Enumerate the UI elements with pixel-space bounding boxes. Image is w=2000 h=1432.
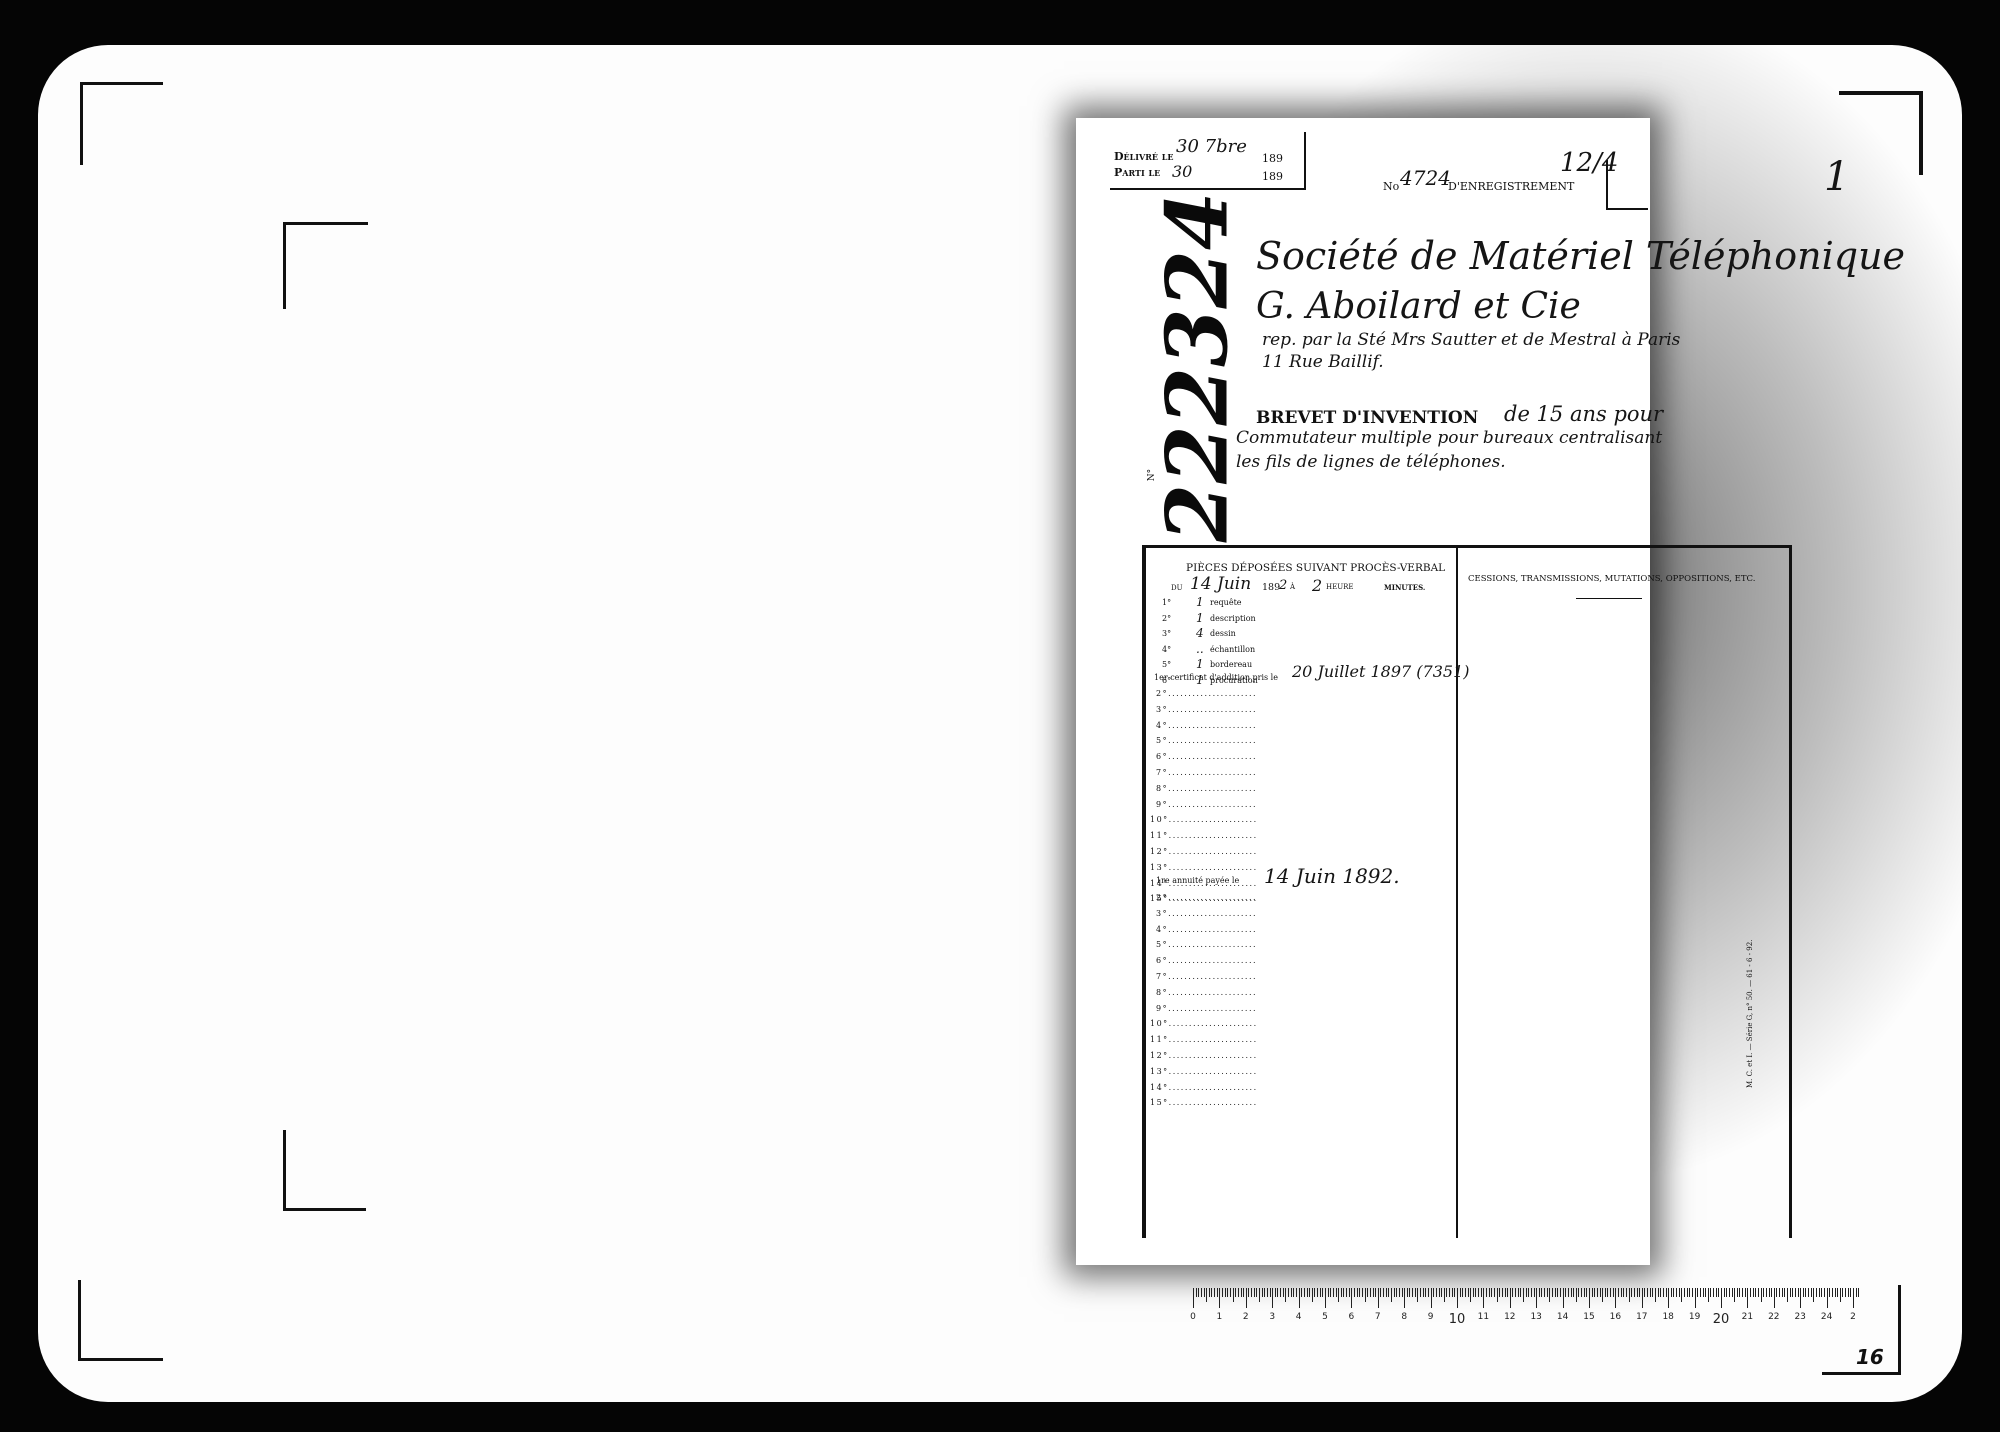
ruler-tick xyxy=(1322,1288,1323,1297)
ruler-tick xyxy=(1481,1288,1482,1297)
ruler-tick xyxy=(1367,1288,1368,1297)
cessions-title: CESSIONS, TRANSMISSIONS, MUTATIONS, OPPO… xyxy=(1468,574,1755,584)
ruler-tick xyxy=(1536,1288,1537,1308)
ruler-tick xyxy=(1336,1288,1337,1297)
ruler-tick xyxy=(1658,1288,1659,1297)
ruler-tick xyxy=(1280,1288,1281,1297)
patent-number: 222324 xyxy=(1142,222,1252,512)
ruler-tick xyxy=(1423,1288,1424,1297)
dotted-row: 5°...................... xyxy=(1156,736,1257,745)
ruler-label: 21 xyxy=(1742,1312,1753,1322)
ruler-tick xyxy=(1634,1288,1635,1297)
ruler-tick xyxy=(1721,1288,1722,1308)
dotted-row: 4°...................... xyxy=(1156,925,1257,934)
ruler-tick xyxy=(1243,1288,1244,1297)
ruler-tick xyxy=(1256,1288,1257,1297)
ruler-label: 1 xyxy=(1217,1312,1223,1322)
ruler-tick xyxy=(1309,1288,1310,1297)
ruler-tick xyxy=(1248,1288,1249,1297)
pieces-title: PIÈCES DÉPOSÉES SUIVANT PROCÈS-VERBAL xyxy=(1186,562,1445,574)
ruler-tick xyxy=(1349,1288,1350,1297)
piece-count: .. xyxy=(1196,642,1204,656)
ruler-tick xyxy=(1549,1288,1550,1302)
ruler-tick xyxy=(1343,1288,1344,1297)
piece-label: requête xyxy=(1210,598,1242,607)
ruler-tick xyxy=(1592,1288,1593,1297)
ruler-tick xyxy=(1330,1288,1331,1297)
ruler-tick xyxy=(1602,1288,1603,1302)
ruler-tick xyxy=(1499,1288,1500,1297)
ruler-tick xyxy=(1782,1288,1783,1297)
holder-line-1: Société de Matériel Téléphonique xyxy=(1256,234,1905,278)
crop-mark-top-right xyxy=(1839,91,1923,175)
piece-label: bordereau xyxy=(1210,660,1252,669)
ruler-tick xyxy=(1386,1288,1387,1297)
ruler-tick xyxy=(1555,1288,1556,1297)
piece-label: dessin xyxy=(1210,629,1236,638)
ruler-tick xyxy=(1605,1288,1606,1297)
ruler-tick xyxy=(1805,1288,1806,1297)
ruler-tick xyxy=(1520,1288,1521,1297)
holder-line-2: G. Aboilard et Cie xyxy=(1256,286,1581,327)
ruler-tick xyxy=(1219,1288,1220,1308)
ruler-tick xyxy=(1837,1288,1838,1297)
dotted-row: 2°...................... xyxy=(1156,893,1257,902)
numero-prefix: No xyxy=(1383,180,1399,193)
ruler-label: 11 xyxy=(1478,1312,1489,1322)
ruler-tick xyxy=(1848,1288,1849,1297)
ruler-tick xyxy=(1600,1288,1601,1297)
holder-line-3: rep. par la Sté Mrs Sautter et de Mestra… xyxy=(1262,330,1680,350)
ruler-tick xyxy=(1827,1288,1828,1308)
ruler-tick xyxy=(1314,1288,1315,1297)
ruler-tick xyxy=(1541,1288,1542,1297)
ruler-tick xyxy=(1272,1288,1273,1308)
ruler-tick xyxy=(1267,1288,1268,1297)
brevet-line-1: de 15 ans pour xyxy=(1504,402,1663,426)
ruler-tick xyxy=(1214,1288,1215,1297)
ruler-label: 18 xyxy=(1662,1312,1673,1322)
ruler-tick xyxy=(1433,1288,1434,1297)
ruler-tick xyxy=(1262,1288,1263,1297)
crop-mark-bottom-left-inner xyxy=(283,1130,366,1211)
ruler-tick xyxy=(1201,1288,1202,1297)
ruler-tick xyxy=(1676,1288,1677,1297)
ruler-tick xyxy=(1402,1288,1403,1297)
ruler-tick xyxy=(1238,1288,1239,1297)
ruler-tick xyxy=(1436,1288,1437,1297)
ruler-tick xyxy=(1365,1288,1366,1302)
ruler-tick xyxy=(1618,1288,1619,1297)
ruler-tick xyxy=(1299,1288,1300,1308)
ruler-tick xyxy=(1283,1288,1284,1297)
brevet-line-3: les fils de lignes de téléphones. xyxy=(1236,452,1506,472)
ruler-tick xyxy=(1586,1288,1587,1297)
ruler-tick xyxy=(1259,1288,1260,1302)
ruler-tick xyxy=(1663,1288,1664,1297)
ruler-tick xyxy=(1396,1288,1397,1297)
ruler-tick xyxy=(1230,1288,1231,1297)
ruler-tick xyxy=(1853,1288,1854,1308)
ruler-tick xyxy=(1597,1288,1598,1297)
ruler-tick xyxy=(1629,1288,1630,1302)
ruler-tick xyxy=(1745,1288,1746,1297)
ruler-tick xyxy=(1790,1288,1791,1297)
ruler-tick xyxy=(1811,1288,1812,1297)
ruler-tick xyxy=(1779,1288,1780,1297)
ruler-tick xyxy=(1808,1288,1809,1297)
ruler-label: 13 xyxy=(1530,1312,1541,1322)
ruler-tick xyxy=(1394,1288,1395,1297)
ruler-tick xyxy=(1251,1288,1252,1297)
ruler-tick xyxy=(1742,1288,1743,1297)
ruler-tick xyxy=(1766,1288,1767,1297)
ruler-tick xyxy=(1607,1288,1608,1297)
ruler-tick xyxy=(1584,1288,1585,1297)
ruler-tick xyxy=(1468,1288,1469,1297)
ruler-tick xyxy=(1842,1288,1843,1297)
ruler-tick xyxy=(1737,1288,1738,1297)
ruler-tick xyxy=(1307,1288,1308,1297)
brevet-title: BREVET D'INVENTION xyxy=(1256,408,1478,428)
ruler-tick xyxy=(1198,1288,1199,1297)
ruler-tick xyxy=(1734,1288,1735,1302)
ruler-tick xyxy=(1457,1288,1458,1308)
ruler-tick xyxy=(1515,1288,1516,1297)
dotted-row: 13°...................... xyxy=(1150,1067,1258,1076)
ruler-label: 17 xyxy=(1636,1312,1647,1322)
piece-count: 4 xyxy=(1196,626,1204,640)
ruler-tick xyxy=(1626,1288,1627,1297)
ruler-tick xyxy=(1404,1288,1405,1308)
ruler-tick xyxy=(1681,1288,1682,1302)
ruler-tick xyxy=(1716,1288,1717,1297)
parti-year: 189 xyxy=(1262,170,1283,183)
ruler-label: 15 xyxy=(1583,1312,1594,1322)
pieces-du-label: DU xyxy=(1171,584,1183,592)
crop-mark-top-left-inner xyxy=(283,222,368,309)
ruler-tick xyxy=(1816,1288,1817,1297)
cessions-underline xyxy=(1576,598,1642,599)
ruler-label: 10 xyxy=(1449,1312,1466,1327)
dotted-row: 4°...................... xyxy=(1156,721,1257,730)
ruler-label: 2 xyxy=(1243,1312,1249,1322)
delivre-year: 189 xyxy=(1262,152,1283,165)
ruler-tick xyxy=(1589,1288,1590,1308)
ruler-tick xyxy=(1491,1288,1492,1297)
dotted-row: 3°...................... xyxy=(1156,909,1257,918)
ruler-tick xyxy=(1362,1288,1363,1297)
ruler-tick xyxy=(1246,1288,1247,1308)
sheet-number-box xyxy=(1606,160,1648,210)
ruler-tick xyxy=(1668,1288,1669,1308)
ruler-tick xyxy=(1526,1288,1527,1297)
ruler-tick xyxy=(1373,1288,1374,1297)
frame-number: 16 xyxy=(1856,1345,1884,1369)
ruler-tick xyxy=(1571,1288,1572,1297)
ruler-tick xyxy=(1776,1288,1777,1297)
ruler-tick xyxy=(1700,1288,1701,1297)
ruler-tick xyxy=(1264,1288,1265,1297)
ruler-tick xyxy=(1697,1288,1698,1297)
ruler-tick xyxy=(1819,1288,1820,1297)
ruler-tick xyxy=(1277,1288,1278,1297)
ruler-tick xyxy=(1341,1288,1342,1297)
ruler-tick xyxy=(1354,1288,1355,1297)
ruler-tick xyxy=(1241,1288,1242,1297)
certificat-first-label: 1er certificat d'addition pris le xyxy=(1154,673,1278,682)
ruler-tick xyxy=(1578,1288,1579,1297)
dotted-row: 10°...................... xyxy=(1150,815,1258,824)
crop-mark-top-left-outer xyxy=(80,82,163,165)
ruler-tick xyxy=(1798,1288,1799,1297)
dotted-row: 7°...................... xyxy=(1156,972,1257,981)
ruler-tick xyxy=(1724,1288,1725,1297)
ruler-label: 14 xyxy=(1557,1312,1568,1322)
ruler-tick xyxy=(1647,1288,1648,1297)
delivre-label: Délivré le xyxy=(1114,150,1174,163)
ruler-tick xyxy=(1710,1288,1711,1297)
ruler-tick xyxy=(1573,1288,1574,1297)
ruler-tick xyxy=(1615,1288,1616,1308)
ruler-label: 24 xyxy=(1821,1312,1832,1322)
dotted-row: 11°...................... xyxy=(1150,1035,1258,1044)
ruler-tick xyxy=(1840,1288,1841,1302)
dotted-row: 12°...................... xyxy=(1150,1051,1258,1060)
ruler-tick xyxy=(1225,1288,1226,1297)
ruler-tick xyxy=(1581,1288,1582,1297)
patent-number-value: 222324 xyxy=(1148,192,1247,543)
ruler-tick xyxy=(1642,1288,1643,1308)
pieces-heure-value: 2 xyxy=(1312,576,1322,595)
ruler-tick xyxy=(1758,1288,1759,1297)
ruler-tick xyxy=(1613,1288,1614,1297)
pieces-year-label: 189 xyxy=(1262,582,1280,593)
ruler-tick xyxy=(1750,1288,1751,1297)
ruler-label: 2 xyxy=(1850,1312,1856,1322)
imprint-text: M. C. et I. — Série G, n° 50. — 61 - 6 -… xyxy=(1746,940,1754,1088)
ruler-tick xyxy=(1637,1288,1638,1297)
ruler-tick xyxy=(1465,1288,1466,1297)
ruler-tick xyxy=(1684,1288,1685,1297)
dotted-row: 5°...................... xyxy=(1156,940,1257,949)
piece-number: 3° xyxy=(1162,629,1171,638)
ruler-tick xyxy=(1687,1288,1688,1297)
ruler-tick xyxy=(1644,1288,1645,1297)
ruler-tick xyxy=(1560,1288,1561,1297)
ruler-tick xyxy=(1254,1288,1255,1297)
ruler-tick xyxy=(1204,1288,1205,1297)
annuite-first-label: 1re annuité payée le xyxy=(1156,876,1239,885)
ruler-tick xyxy=(1420,1288,1421,1297)
ruler-tick xyxy=(1594,1288,1595,1297)
ruler-tick xyxy=(1275,1288,1276,1297)
dotted-row: 7°...................... xyxy=(1156,768,1257,777)
ruler-tick xyxy=(1708,1288,1709,1302)
ruler-tick xyxy=(1769,1288,1770,1297)
ruler-tick xyxy=(1304,1288,1305,1297)
ruler-tick xyxy=(1293,1288,1294,1297)
dotted-row: 10°...................... xyxy=(1150,1019,1258,1028)
ruler-tick xyxy=(1288,1288,1289,1297)
ruler-tick xyxy=(1850,1288,1851,1297)
ruler-tick xyxy=(1388,1288,1389,1297)
ruler-tick xyxy=(1439,1288,1440,1297)
ruler-tick xyxy=(1718,1288,1719,1297)
ruler-label: 9 xyxy=(1428,1312,1434,1322)
dotted-row: 11°...................... xyxy=(1150,831,1258,840)
ruler-tick xyxy=(1301,1288,1302,1297)
ruler-tick xyxy=(1858,1288,1859,1297)
ruler-tick xyxy=(1378,1288,1379,1308)
column-divider xyxy=(1456,548,1458,1238)
ruler-tick xyxy=(1739,1288,1740,1297)
piece-count: 1 xyxy=(1196,657,1204,671)
ruler-tick xyxy=(1565,1288,1566,1297)
ruler-tick xyxy=(1655,1288,1656,1302)
ruler-tick xyxy=(1380,1288,1381,1297)
ruler-tick xyxy=(1209,1288,1210,1297)
ruler-tick xyxy=(1652,1288,1653,1297)
ruler-tick xyxy=(1211,1288,1212,1297)
ruler-tick xyxy=(1383,1288,1384,1297)
annuite-first-value: 14 Juin 1892. xyxy=(1264,864,1400,888)
ruler-tick xyxy=(1835,1288,1836,1297)
numero-value: 4724 xyxy=(1400,166,1451,190)
dotted-row: 9°...................... xyxy=(1156,1004,1257,1013)
ruler-tick xyxy=(1346,1288,1347,1297)
ruler-tick xyxy=(1568,1288,1569,1297)
ruler-tick xyxy=(1444,1288,1445,1302)
ruler-tick xyxy=(1222,1288,1223,1297)
ruler-tick xyxy=(1705,1288,1706,1297)
piece-label: description xyxy=(1210,614,1256,623)
ruler-tick xyxy=(1431,1288,1432,1308)
sheet-number: 1 xyxy=(1824,154,1849,200)
ruler-tick xyxy=(1415,1288,1416,1297)
ruler-tick xyxy=(1412,1288,1413,1297)
ruler-tick xyxy=(1679,1288,1680,1297)
ruler-tick xyxy=(1755,1288,1756,1297)
ruler-tick xyxy=(1441,1288,1442,1297)
pieces-du-value: 14 Juin xyxy=(1190,574,1251,594)
ruler-tick xyxy=(1821,1288,1822,1297)
ruler-tick xyxy=(1462,1288,1463,1297)
ruler-tick xyxy=(1312,1288,1313,1302)
ruler-tick xyxy=(1446,1288,1447,1297)
piece-label: échantillon xyxy=(1210,645,1255,654)
ruler-tick xyxy=(1650,1288,1651,1297)
ruler-tick xyxy=(1452,1288,1453,1297)
ruler-label: 16 xyxy=(1610,1312,1621,1322)
ruler-tick xyxy=(1531,1288,1532,1297)
dotted-row: 14°...................... xyxy=(1150,1083,1258,1092)
ruler-tick xyxy=(1523,1288,1524,1302)
register-form: PIÈCES DÉPOSÉES SUIVANT PROCÈS-VERBAL DU… xyxy=(1142,545,1792,1238)
dotted-row: 12°...................... xyxy=(1150,847,1258,856)
ruler-tick xyxy=(1829,1288,1830,1297)
pieces-year-value: 2 xyxy=(1279,578,1287,593)
ruler-tick xyxy=(1692,1288,1693,1297)
dotted-row: 15°...................... xyxy=(1150,1098,1258,1107)
piece-number: 5° xyxy=(1162,660,1171,669)
ruler-tick xyxy=(1351,1288,1352,1308)
ruler-tick xyxy=(1470,1288,1471,1302)
ruler-tick xyxy=(1333,1288,1334,1297)
ruler-tick xyxy=(1505,1288,1506,1297)
ruler-tick xyxy=(1320,1288,1321,1297)
ruler-tick xyxy=(1695,1288,1696,1308)
ruler-label: 4 xyxy=(1296,1312,1302,1322)
ruler-tick xyxy=(1486,1288,1487,1297)
ruler-tick xyxy=(1660,1288,1661,1297)
ruler-tick xyxy=(1417,1288,1418,1302)
ruler-label: 8 xyxy=(1401,1312,1407,1322)
ruler-tick xyxy=(1610,1288,1611,1297)
ruler-tick xyxy=(1478,1288,1479,1297)
ruler-tick xyxy=(1771,1288,1772,1297)
ruler-label: 12 xyxy=(1504,1312,1515,1322)
dotted-row: 6°...................... xyxy=(1156,752,1257,761)
ruler-label: 23 xyxy=(1794,1312,1805,1322)
ruler-tick xyxy=(1832,1288,1833,1297)
ruler-tick xyxy=(1639,1288,1640,1297)
ruler-tick xyxy=(1732,1288,1733,1297)
ruler-tick xyxy=(1761,1288,1762,1302)
piece-count: 1 xyxy=(1196,611,1204,625)
ruler-tick xyxy=(1489,1288,1490,1297)
ruler-tick xyxy=(1370,1288,1371,1297)
ruler-label: 19 xyxy=(1689,1312,1700,1322)
ruler-tick xyxy=(1270,1288,1271,1297)
ruler-tick xyxy=(1703,1288,1704,1297)
ruler-tick xyxy=(1845,1288,1846,1297)
ruler-tick xyxy=(1544,1288,1545,1297)
ruler-tick xyxy=(1399,1288,1400,1297)
ruler-label: 20 xyxy=(1713,1312,1730,1327)
parti-value: 30 xyxy=(1172,162,1192,181)
ruler-tick xyxy=(1359,1288,1360,1297)
ruler-tick xyxy=(1795,1288,1796,1297)
ruler-tick xyxy=(1784,1288,1785,1297)
dotted-row: 13°...................... xyxy=(1150,863,1258,872)
ruler-tick xyxy=(1666,1288,1667,1297)
ruler-tick xyxy=(1227,1288,1228,1297)
ruler-label: 3 xyxy=(1269,1312,1275,1322)
delivre-value: 30 7bre xyxy=(1176,136,1247,157)
ruler-tick xyxy=(1483,1288,1484,1308)
ruler-tick xyxy=(1713,1288,1714,1297)
piece-number: 4° xyxy=(1162,645,1171,654)
ruler-tick xyxy=(1800,1288,1801,1308)
ruler-tick xyxy=(1193,1288,1194,1308)
holder-line-4: 11 Rue Baillif. xyxy=(1262,352,1384,372)
ruler-tick xyxy=(1475,1288,1476,1297)
ruler-tick xyxy=(1528,1288,1529,1297)
ruler-tick xyxy=(1518,1288,1519,1297)
ruler-tick xyxy=(1539,1288,1540,1297)
ruler-tick xyxy=(1357,1288,1358,1297)
ruler-tick xyxy=(1621,1288,1622,1297)
ruler-tick xyxy=(1774,1288,1775,1308)
ruler-tick xyxy=(1196,1288,1197,1297)
measurement-ruler: 0123456789101112131415161718192021222324… xyxy=(1193,1288,1868,1334)
ruler-tick xyxy=(1325,1288,1326,1308)
pieces-heure-label: HEURE xyxy=(1326,583,1354,591)
dotted-row: 9°...................... xyxy=(1156,800,1257,809)
ruler-label: 0 xyxy=(1190,1312,1196,1322)
ruler-tick xyxy=(1552,1288,1553,1297)
